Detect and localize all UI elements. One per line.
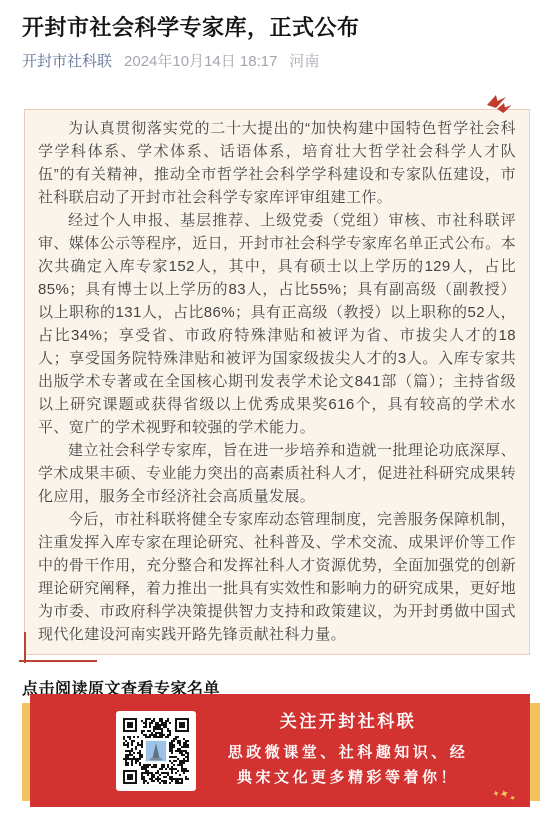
article-paragraph: 今后，市社科联将健全专家库动态管理制度，完善服务保障机制，注重发挥入库专家在理论…	[38, 508, 516, 646]
banner-line: 典宋文化更多精彩等着你！	[196, 765, 500, 790]
swallow-birds-icon	[477, 91, 517, 117]
publish-datetime: 2024年10月14日 18:17	[124, 52, 277, 72]
banner-red-card: 关注开封社科联 思政微课堂、社科趣知识、经 典宋文化更多精彩等着你！ ✦✦✦	[30, 694, 530, 807]
article-paragraph: 为认真贯彻落实党的二十大提出的“加快构建中国特色哲学社会科学学科体系、学术体系、…	[38, 117, 516, 209]
sparkle-star: ✦	[508, 793, 517, 804]
banner-line: 思政微课堂、社科趣知识、经	[196, 740, 500, 765]
qr-code-pattern	[123, 718, 189, 784]
author-link[interactable]: 开封市社科联	[22, 52, 112, 72]
byline: 开封市社科联 2024年10月14日 18:17 河南	[22, 52, 532, 72]
corner-mark-vertical	[24, 632, 26, 663]
follow-banner: 关注开封社科联 思政微课堂、社科趣知识、经 典宋文化更多精彩等着你！ ✦✦✦	[22, 694, 540, 807]
corner-mark-horizontal	[19, 660, 97, 662]
article-paragraph: 经过个人申报、基层推荐、上级党委（党组）审核、市社科联评审、媒体公示等程序，近日…	[38, 209, 516, 439]
qr-center-logo	[145, 740, 167, 762]
qr-code	[116, 711, 196, 791]
publish-region: 河南	[289, 52, 319, 72]
article-paragraph: 建立社会科学专家库，旨在进一步培养和造就一批理论功底深厚、学术成果丰硕、专业能力…	[38, 439, 516, 508]
banner-text-block: 关注开封社科联 思政微课堂、社科趣知识、经 典宋文化更多精彩等着你！	[196, 711, 530, 790]
banner-heading: 关注开封社科联	[196, 711, 500, 733]
article-page: 开封市社会科学专家库，正式公布 开封市社科联 2024年10月14日 18:17…	[0, 0, 554, 824]
article-content-box: 为认真贯彻落实党的二十大提出的“加快构建中国特色哲学社会科学学科体系、学术体系、…	[24, 109, 530, 655]
page-title: 开封市社会科学专家库，正式公布	[22, 13, 532, 43]
